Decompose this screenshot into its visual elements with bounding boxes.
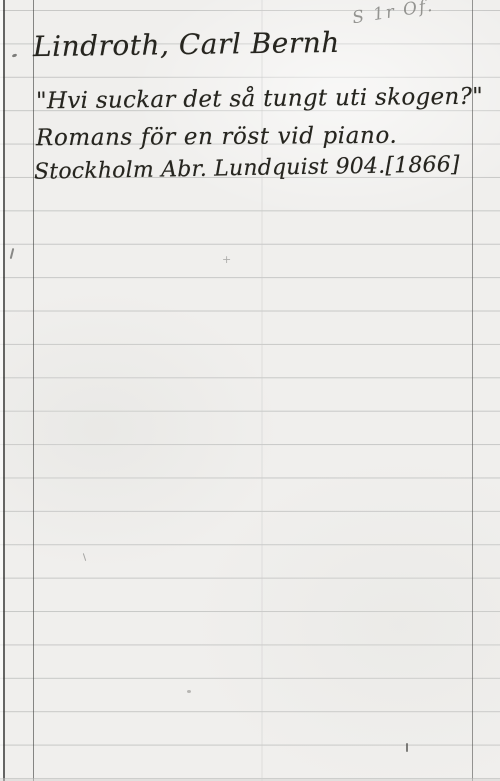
paper-speck — [187, 690, 191, 693]
right-margin-rule — [472, 0, 473, 781]
catalog-card-scan: S 1r Of. Lindroth, Carl Bernh "Hvi sucka… — [0, 0, 500, 781]
small-stroke-mark-bottom — [406, 743, 408, 752]
imprint-publisher-line: Stockholm Abr. Lundquist 904.[1866] — [34, 152, 460, 184]
pencil-tick-mark-middle — [83, 553, 87, 561]
pencil-dot-mark — [12, 53, 18, 58]
medium-description-line: Romans för en röst vid piano. — [36, 123, 398, 152]
pencil-tick-mark-left — [10, 248, 14, 259]
composer-name-heading: Lindroth, Carl Bernh — [33, 26, 340, 63]
left-margin-rule — [33, 0, 34, 781]
pencil-shelfmark-note: S 1r Of. — [351, 0, 436, 28]
center-fold-streak — [261, 0, 263, 781]
faint-plus-mark: + — [222, 253, 231, 266]
left-scan-edge-line — [3, 0, 5, 781]
work-title-line: "Hvi suckar det så tungt uti skogen?" — [36, 84, 483, 115]
